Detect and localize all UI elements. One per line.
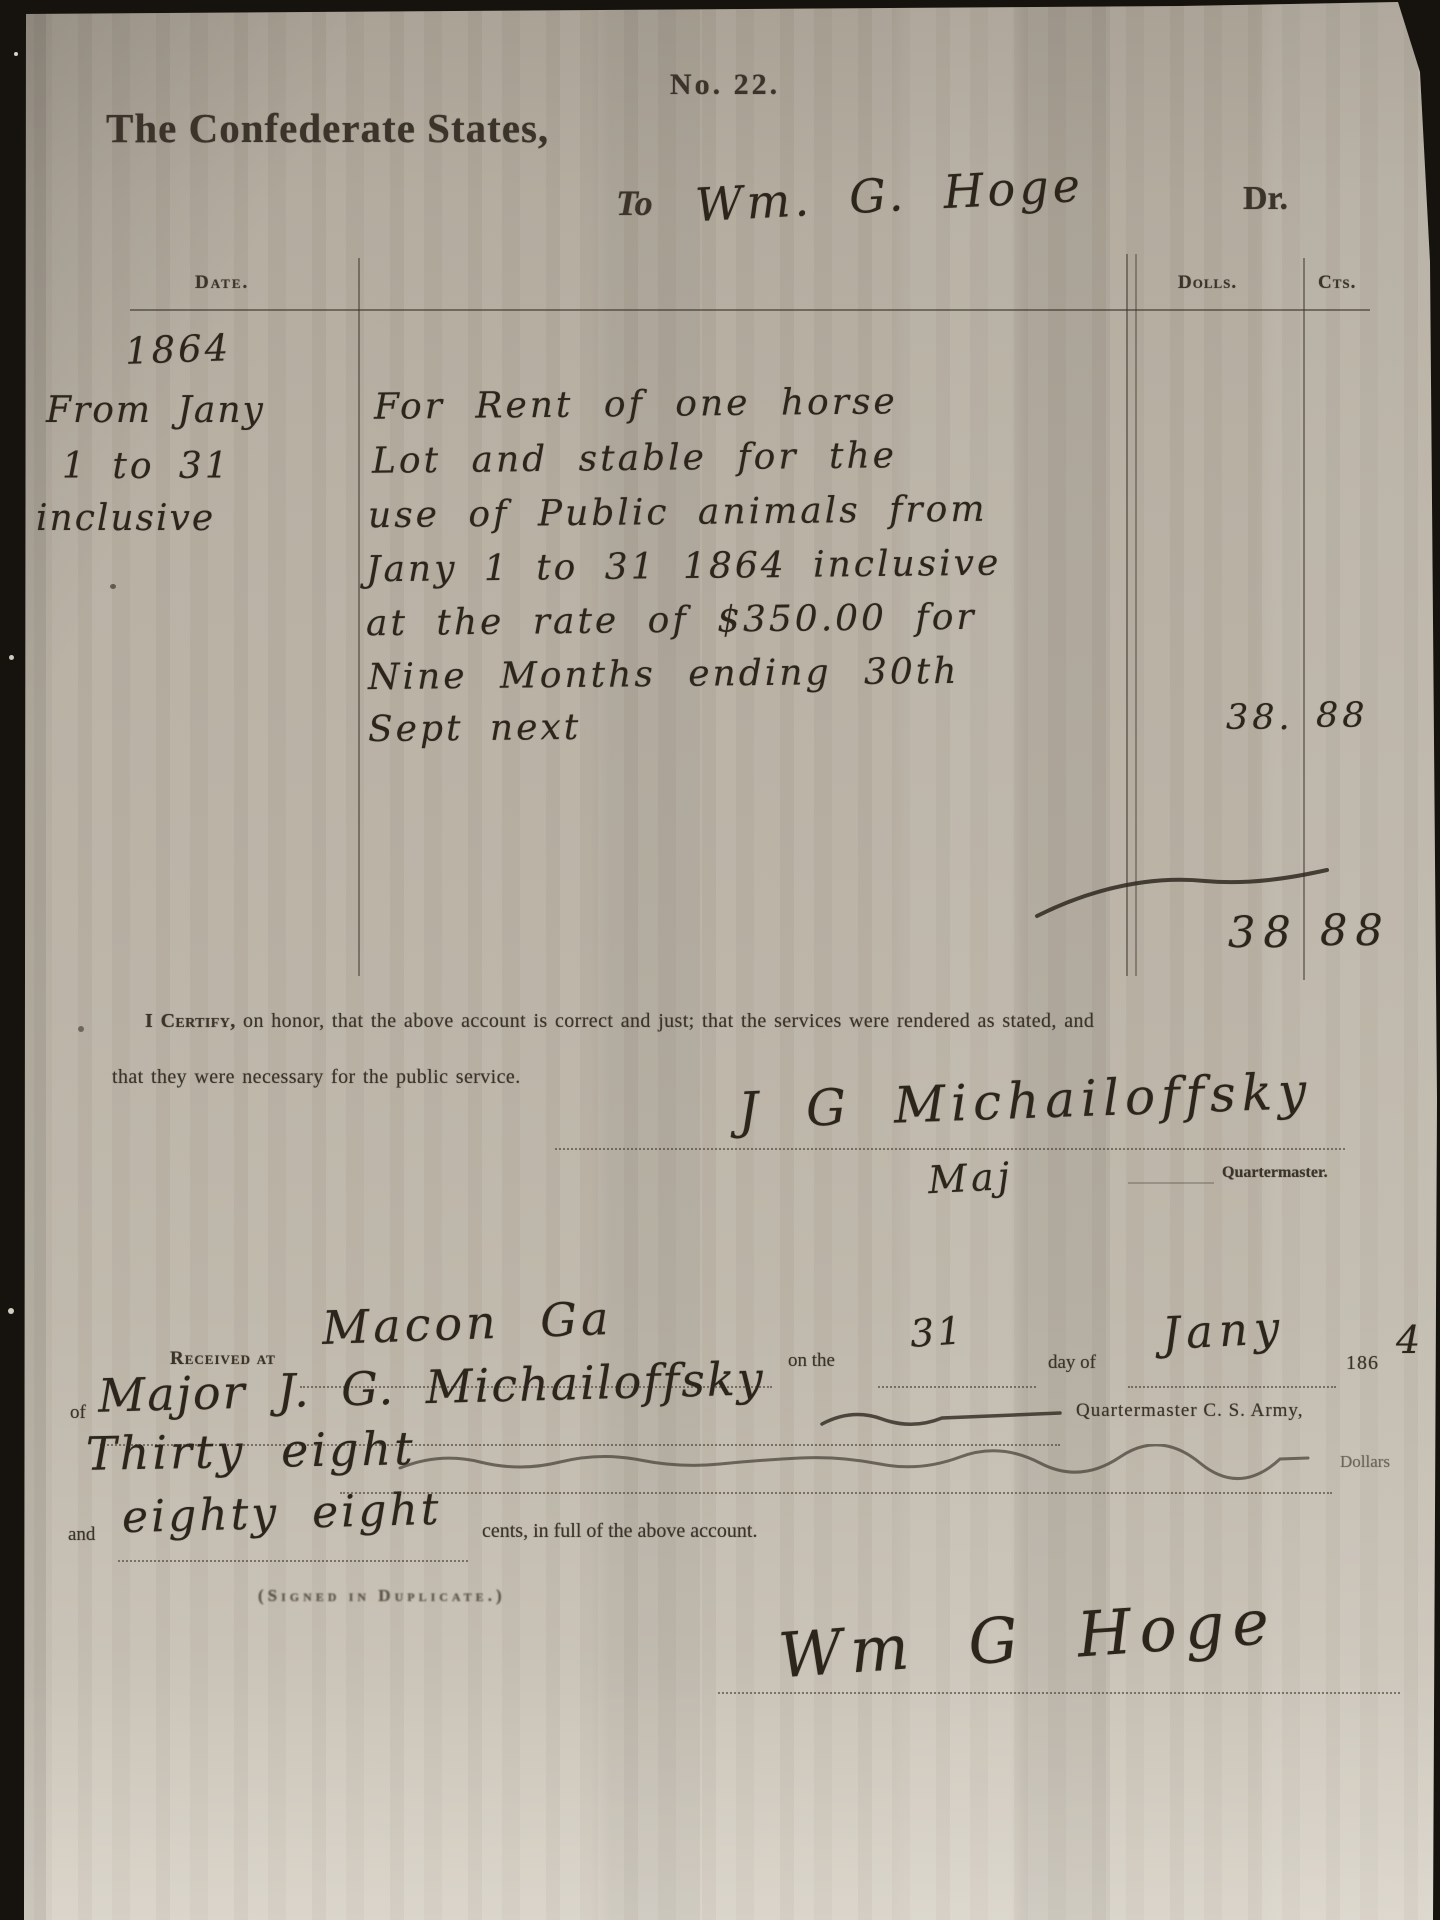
total-dollars: 38	[1228, 908, 1299, 958]
payer-title: Quartermaster C. S. Army,	[1076, 1400, 1303, 1422]
col-header-date: Date.	[195, 272, 249, 294]
and-label: and	[68, 1524, 95, 1546]
total-cents: 88	[1320, 906, 1391, 956]
payer-flourish	[820, 1404, 1065, 1434]
quartermaster-dash	[1128, 1182, 1214, 1184]
date-entry-year: 1864	[124, 326, 232, 373]
on-the-label: on the	[788, 1350, 835, 1372]
date-entry-line: inclusive	[36, 498, 215, 539]
col-header-cts: Cts.	[1318, 272, 1356, 294]
payee-signature-dotted-line	[718, 1692, 1400, 1694]
form-title: The Confederate States,	[106, 104, 549, 152]
dollars-flourish	[398, 1444, 1310, 1482]
day-of-label: day of	[1048, 1352, 1096, 1374]
paper: No. 22. The Confederate States, To Wm. G…	[0, 0, 1440, 1920]
signature-dotted-line	[555, 1148, 1345, 1150]
certify-text-line1: I Certify, on honor, that the above acco…	[145, 1010, 1094, 1033]
dust-speck	[9, 655, 14, 660]
service-description-line: at the rate of $350.00 for	[366, 597, 977, 644]
cents-label: cents, in full of the above account.	[482, 1520, 757, 1543]
table-header-rule	[130, 309, 1370, 311]
of-label: of	[70, 1402, 86, 1424]
service-description-line: Jany 1 to 31 1864 inclusive	[366, 543, 1002, 591]
received-month: Jany	[1161, 1301, 1287, 1360]
amount-words-cents: eighty eight	[121, 1484, 442, 1543]
col-header-dolls: Dolls.	[1178, 272, 1237, 294]
to-label: To	[616, 182, 653, 224]
received-place: Macon Ga	[321, 1291, 613, 1355]
photo-background: { "doc": { "number": "No. 22.", "title":…	[0, 0, 1440, 1920]
year-printed: 186	[1346, 1352, 1379, 1375]
amount-cents: 88	[1316, 696, 1369, 736]
ink-speck	[110, 584, 116, 589]
rank-annotation: Maj	[927, 1154, 1015, 1202]
amount-dollars: 38.	[1226, 698, 1294, 738]
year-digit: 4	[1396, 1318, 1420, 1362]
day-dotted-line	[878, 1386, 1036, 1388]
date-entry-line: From Jany	[46, 390, 265, 431]
service-description-line: Sept next	[368, 707, 582, 750]
table-date-divider	[358, 258, 360, 976]
service-description-line: For Rent of one horse	[374, 381, 898, 427]
certify-rest: on honor, that the above account is corr…	[236, 1010, 1095, 1032]
ink-speck	[78, 1026, 84, 1032]
month-dotted-line	[1128, 1386, 1336, 1388]
quartermaster-label: Quartermaster.	[1222, 1164, 1328, 1182]
form-number: No. 22.	[635, 68, 815, 102]
service-description-line: Nine Months ending 30th	[368, 651, 960, 698]
amount-words-dollars: Thirty eight	[86, 1421, 417, 1481]
received-day: 31	[909, 1308, 966, 1356]
duplicate-note: (Signed in Duplicate.)	[258, 1586, 506, 1606]
certify-lead: I Certify,	[145, 1010, 236, 1032]
cents-dotted-line	[118, 1560, 468, 1562]
dollars-label: Dollars	[1340, 1452, 1390, 1472]
service-description-line: use of Public animals from	[368, 489, 988, 536]
certify-text-line2: that they were necessary for the public …	[112, 1066, 521, 1089]
dollars-dotted-line	[340, 1492, 1332, 1494]
date-entry-line: 1 to 31	[62, 446, 231, 487]
dr-label: Dr.	[1243, 180, 1288, 218]
service-description-line: Lot and stable for the	[372, 435, 897, 481]
dust-speck	[14, 52, 18, 56]
dust-speck	[8, 1308, 14, 1314]
